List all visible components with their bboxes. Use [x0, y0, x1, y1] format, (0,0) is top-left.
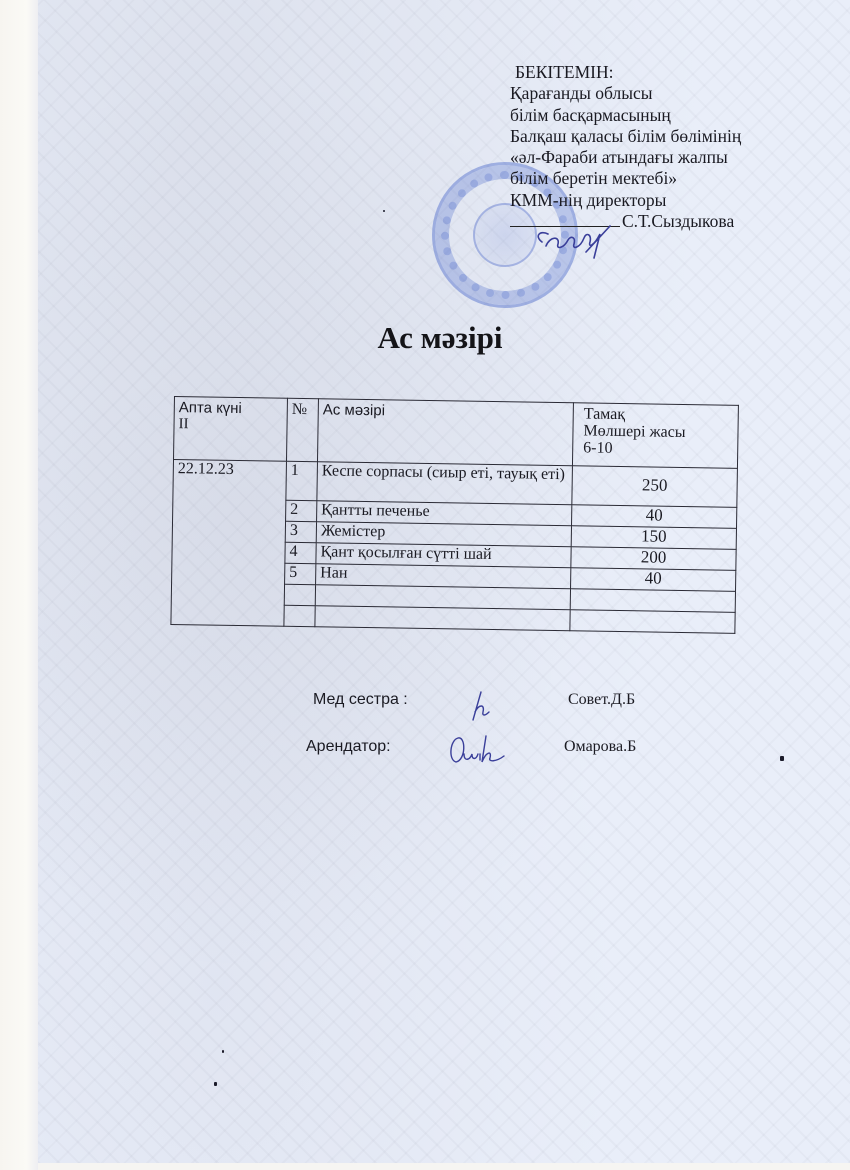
nurse-signature-icon	[465, 690, 495, 722]
header-day-label: Апта күні	[179, 399, 283, 418]
approval-line: білім беретін мектебі»	[510, 168, 780, 189]
row-quantity: 200	[571, 547, 736, 571]
signature-role: Мед сестра :	[313, 691, 408, 709]
signature-role: Арендатор:	[306, 738, 391, 756]
signature-name: Совет.Д.Б	[568, 691, 635, 709]
row-quantity: 40	[571, 568, 736, 592]
approval-line: «әл-Фараби атындағы жалпы	[510, 147, 780, 168]
header-quantity-line: 6-10	[583, 439, 733, 458]
director-signature-icon	[530, 222, 620, 262]
row-number: 5	[285, 563, 316, 584]
header-day: Апта күні II	[174, 397, 288, 462]
director-name: С.Т.Сыздыкова	[622, 211, 734, 231]
row-number	[284, 605, 315, 626]
menu-table: Апта күні II № Ас мәзірі Тамақ Мөлшері ж…	[170, 396, 739, 634]
approval-line: Қарағанды облысы	[510, 83, 780, 104]
row-quantity: 150	[571, 526, 736, 550]
row-quantity	[570, 589, 735, 613]
row-item: Кеспе сорпасы (сиыр еті, тауық еті)	[317, 462, 573, 505]
row-quantity: 250	[572, 466, 738, 508]
row-number: 3	[285, 521, 316, 542]
scan-speck	[214, 1082, 217, 1086]
approval-line: білім басқармасының	[510, 105, 780, 126]
signature-name: Омарова.Б	[564, 738, 636, 756]
header-quantity: Тамақ Мөлшері жасы 6-10	[572, 403, 738, 469]
header-day-week: II	[178, 416, 282, 435]
date-cell: 22.12.23	[171, 460, 287, 627]
scan-speck	[383, 210, 385, 212]
row-item	[315, 606, 570, 631]
scan-speck	[780, 756, 784, 761]
row-number: 1	[286, 461, 318, 500]
header-menu: Ас мәзірі	[317, 399, 573, 466]
row-number: 4	[285, 542, 316, 563]
header-number: №	[286, 398, 318, 461]
scan-margin	[0, 0, 38, 1170]
row-quantity	[570, 610, 735, 634]
tenant-signature-icon	[446, 732, 506, 768]
table-header-row: Апта күні II № Ас мәзірі Тамақ Мөлшері ж…	[174, 397, 739, 469]
approval-line: Балқаш қаласы білім бөлімінің	[510, 126, 780, 147]
scan-speck	[222, 1050, 224, 1053]
approval-block: БЕКІТЕМІН: Қарағанды облысы білім басқар…	[510, 62, 780, 232]
approval-title: БЕКІТЕМІН:	[510, 62, 780, 83]
scan-margin-bottom	[38, 1163, 850, 1170]
row-number: 2	[286, 500, 317, 521]
approval-line: КММ-нің директоры	[510, 190, 780, 211]
page-title: Ас мәзірі	[0, 320, 850, 356]
row-quantity: 40	[572, 505, 737, 529]
row-number	[284, 584, 315, 605]
table-row: 22.12.23 1 Кеспе сорпасы (сиыр еті, тауы…	[173, 460, 738, 508]
